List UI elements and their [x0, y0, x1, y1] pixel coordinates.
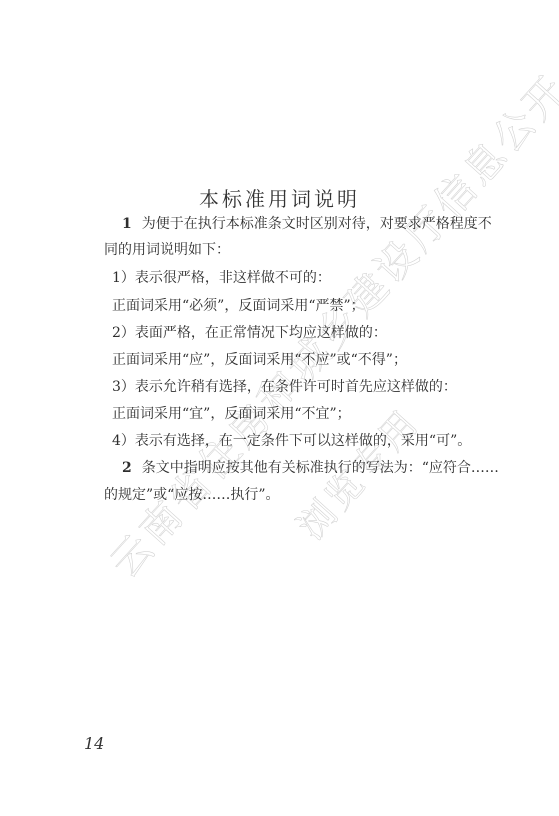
clause-text: 为便于在执行本标准条文时区别对待，对要求严格程度不 [142, 216, 492, 232]
clause-2-line-1: 2条文中指明应按其他有关标准执行的写法为：“应符合…… [122, 458, 499, 478]
item-4-lead: 4）表示有选择，在一定条件下可以这样做的，采用“可”。 [112, 431, 471, 451]
item-1-detail: 正面词采用“必须”，反面词采用“严禁”； [112, 296, 365, 316]
item-3-detail: 正面词采用“宜”，反面词采用“不宜”； [112, 404, 351, 424]
clause-number: 1 [122, 216, 132, 232]
clause-1-line-1: 1为便于在执行本标准条文时区别对待，对要求严格程度不 [122, 214, 492, 234]
clause-2-line-2: 的规定”或“应按……执行”。 [104, 485, 279, 505]
clause-1-line-2: 同的用词说明如下： [104, 240, 230, 260]
page-title: 本标准用词说明 [0, 183, 559, 212]
item-1-lead: 1）表示很严格，非这样做不可的： [112, 268, 331, 288]
item-2-lead: 2）表面严格，在正常情况下均应这样做的： [112, 323, 387, 343]
clause-text: 条文中指明应按其他有关标准执行的写法为：“应符合…… [142, 460, 499, 476]
document-page: 云南省住房和城乡建设厅信息公开 浏览专用 本标准用词说明 1为便于在执行本标准条… [0, 0, 559, 816]
clause-number: 2 [122, 460, 132, 476]
item-3-lead: 3）表示允许稍有选择，在条件许可时首先应这样做的： [112, 377, 457, 397]
page-number: 14 [84, 734, 104, 753]
item-2-detail: 正面词采用“应”，反面词采用“不应”或“不得”； [112, 350, 407, 370]
